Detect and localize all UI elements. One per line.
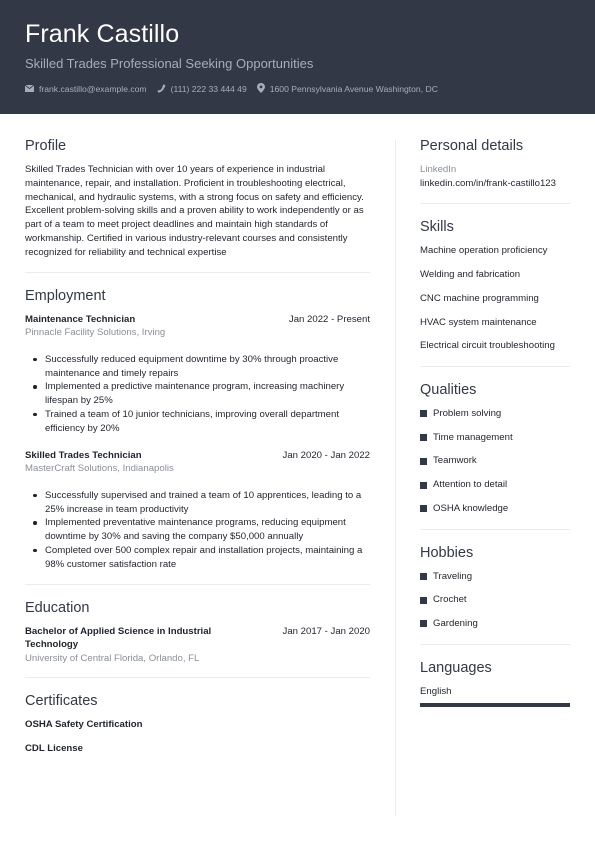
job-employer: MasterCraft Solutions, Indianapolis bbox=[25, 462, 370, 476]
square-bullet-icon bbox=[420, 482, 427, 489]
job-dates: Jan 2022 - Present bbox=[289, 313, 370, 327]
section-title-qualities: Qualities bbox=[420, 382, 570, 398]
school-name: University of Central Florida, Orlando, … bbox=[25, 652, 370, 666]
square-bullet-icon bbox=[420, 410, 427, 417]
divider bbox=[420, 644, 570, 645]
divider bbox=[420, 203, 570, 204]
section-title-hobbies: Hobbies bbox=[420, 545, 570, 561]
skill-item: HVAC system maintenance bbox=[420, 316, 570, 330]
degree-title: Bachelor of Applied Science in Industria… bbox=[25, 625, 265, 652]
section-title-profile: Profile bbox=[25, 138, 370, 154]
quality-label: Problem solving bbox=[433, 407, 501, 421]
quality-item: Time management bbox=[420, 431, 570, 445]
square-bullet-icon bbox=[420, 458, 427, 465]
contact-email[interactable]: frank.castillo@example.com bbox=[25, 84, 147, 94]
achievement-item: Completed over 500 complex repair and in… bbox=[25, 544, 370, 572]
phone-icon bbox=[157, 84, 166, 95]
personal-details-section: Personal details LinkedIn linkedin.com/i… bbox=[420, 138, 570, 190]
hobby-label: Traveling bbox=[433, 570, 472, 584]
divider bbox=[25, 677, 370, 678]
section-title-personal-details: Personal details bbox=[420, 138, 570, 154]
section-title-skills: Skills bbox=[420, 219, 570, 235]
linkedin-link[interactable]: linkedin.com/in/frank-castillo123 bbox=[420, 177, 570, 191]
quality-item: Teamwork bbox=[420, 454, 570, 468]
square-bullet-icon bbox=[420, 573, 427, 580]
language-name: English bbox=[420, 685, 570, 699]
hobby-label: Crochet bbox=[433, 593, 467, 607]
job-achievements: Successfully reduced equipment downtime … bbox=[25, 353, 370, 436]
hobby-item: Gardening bbox=[420, 617, 570, 631]
job-dates: Jan 2020 - Jan 2022 bbox=[283, 449, 370, 463]
hobby-label: Gardening bbox=[433, 617, 478, 631]
qualities-section: Qualities Problem solving Time managemen… bbox=[420, 382, 570, 516]
quality-item: Problem solving bbox=[420, 407, 570, 421]
address-text: 1600 Pennsylvania Avenue Washington, DC bbox=[270, 84, 438, 94]
section-title-education: Education bbox=[25, 600, 370, 616]
hobby-item: Crochet bbox=[420, 593, 570, 607]
job-employer: Pinnacle Facility Solutions, Irving bbox=[25, 326, 370, 340]
divider bbox=[420, 529, 570, 530]
skill-item: Welding and fabrication bbox=[420, 268, 570, 282]
quality-item: OSHA knowledge bbox=[420, 502, 570, 516]
divider bbox=[25, 584, 370, 585]
certificate-item: CDL License bbox=[25, 742, 370, 756]
square-bullet-icon bbox=[420, 620, 427, 627]
quality-label: OSHA knowledge bbox=[433, 502, 508, 516]
skills-section: Skills Machine operation proficiency Wel… bbox=[420, 219, 570, 353]
sidebar-column: Personal details LinkedIn linkedin.com/i… bbox=[420, 138, 570, 707]
achievement-item: Successfully reduced equipment downtime … bbox=[25, 353, 370, 381]
education-dates: Jan 2017 - Jan 2020 bbox=[283, 625, 370, 639]
email-text: frank.castillo@example.com bbox=[39, 84, 147, 94]
quality-label: Attention to detail bbox=[433, 478, 507, 492]
skill-item: Electrical circuit troubleshooting bbox=[420, 339, 570, 353]
hobbies-section: Hobbies Traveling Crochet Gardening bbox=[420, 545, 570, 631]
section-title-employment: Employment bbox=[25, 288, 370, 304]
contact-bar: frank.castillo@example.com (111) 222 33 … bbox=[25, 83, 448, 95]
skill-item: Machine operation proficiency bbox=[420, 244, 570, 258]
skill-item: CNC machine programming bbox=[420, 292, 570, 306]
main-column: Profile Skilled Trades Technician with o… bbox=[25, 138, 370, 765]
square-bullet-icon bbox=[420, 505, 427, 512]
divider bbox=[420, 366, 570, 367]
candidate-headline: Skilled Trades Professional Seeking Oppo… bbox=[25, 56, 313, 71]
achievement-item: Implemented preventative maintenance pro… bbox=[25, 516, 370, 544]
square-bullet-icon bbox=[420, 597, 427, 604]
profile-summary: Skilled Trades Technician with over 10 y… bbox=[25, 163, 370, 260]
education-section: Education Bachelor of Applied Science in… bbox=[25, 600, 370, 666]
job-title: Skilled Trades Technician bbox=[25, 449, 142, 463]
contact-address[interactable]: 1600 Pennsylvania Avenue Washington, DC bbox=[257, 83, 438, 95]
language-level-fill bbox=[420, 703, 570, 707]
section-title-languages: Languages bbox=[420, 660, 570, 676]
profile-section: Profile Skilled Trades Technician with o… bbox=[25, 138, 370, 260]
job-title: Maintenance Technician bbox=[25, 313, 135, 327]
certificates-section: Certificates OSHA Safety Certification C… bbox=[25, 693, 370, 755]
job-entry: Skilled Trades Technician Jan 2020 - Jan… bbox=[25, 449, 370, 572]
phone-text: (111) 222 33 444 49 bbox=[171, 84, 247, 94]
employment-section: Employment Maintenance Technician Jan 20… bbox=[25, 288, 370, 572]
linkedin-label: LinkedIn bbox=[420, 163, 570, 177]
map-pin-icon bbox=[257, 83, 265, 95]
envelope-icon bbox=[25, 84, 34, 94]
achievement-item: Implemented a predictive maintenance pro… bbox=[25, 380, 370, 408]
languages-section: Languages English bbox=[420, 660, 570, 708]
candidate-name: Frank Castillo bbox=[25, 20, 179, 49]
hobby-item: Traveling bbox=[420, 570, 570, 584]
square-bullet-icon bbox=[420, 434, 427, 441]
divider bbox=[25, 272, 370, 273]
language-level-bar bbox=[420, 703, 570, 707]
job-entry: Maintenance Technician Jan 2022 - Presen… bbox=[25, 313, 370, 436]
job-achievements: Successfully supervised and trained a te… bbox=[25, 489, 370, 572]
column-divider bbox=[395, 140, 396, 816]
section-title-certificates: Certificates bbox=[25, 693, 370, 709]
quality-label: Time management bbox=[433, 431, 513, 445]
resume-header: Frank Castillo Skilled Trades Profession… bbox=[0, 0, 595, 114]
contact-phone[interactable]: (111) 222 33 444 49 bbox=[157, 84, 247, 95]
achievement-item: Successfully supervised and trained a te… bbox=[25, 489, 370, 517]
quality-item: Attention to detail bbox=[420, 478, 570, 492]
certificate-item: OSHA Safety Certification bbox=[25, 718, 370, 732]
achievement-item: Trained a team of 10 junior technicians,… bbox=[25, 408, 370, 436]
quality-label: Teamwork bbox=[433, 454, 477, 468]
